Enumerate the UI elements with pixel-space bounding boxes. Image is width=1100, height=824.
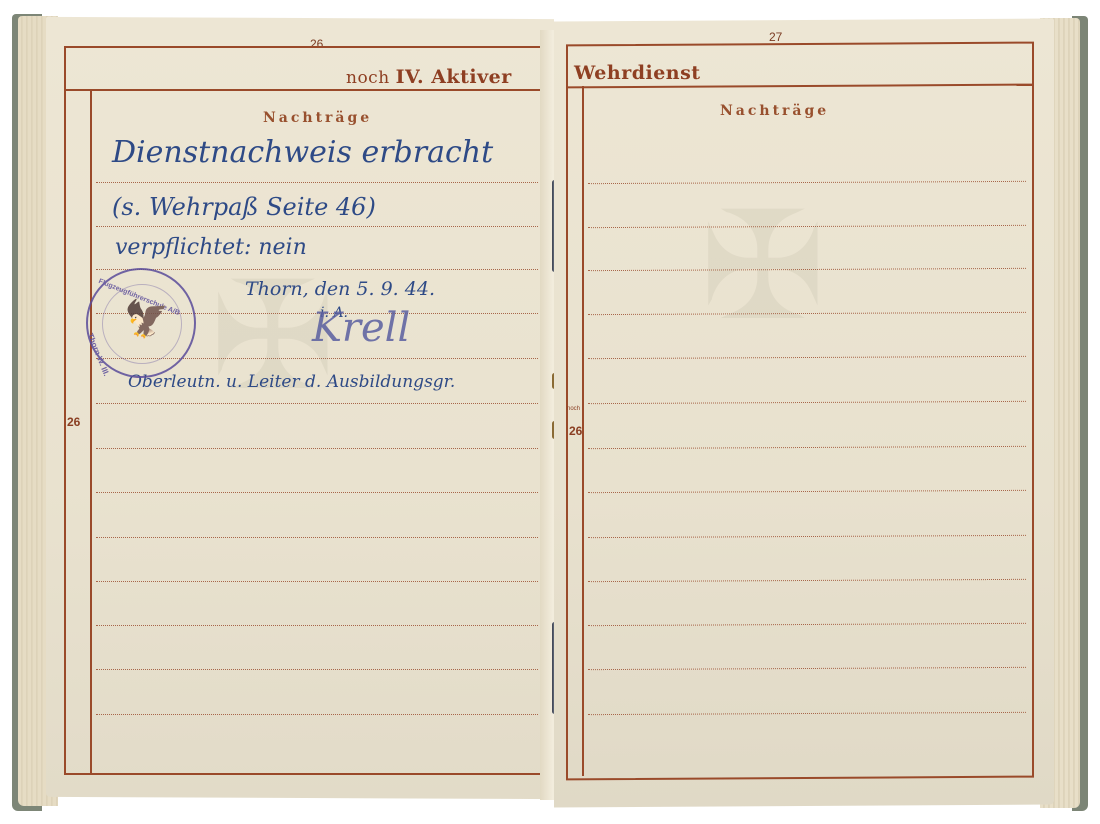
- handwriting-line-2: (s. Wehrpaß Seite 46): [112, 193, 376, 221]
- dotted-line: [96, 269, 538, 270]
- right-page-number: 27: [769, 30, 782, 44]
- signature: Krell: [312, 305, 410, 351]
- dotted-line: [96, 448, 538, 449]
- dotted-line: [96, 537, 538, 538]
- right-page-heading: Wehrdienst: [574, 62, 701, 84]
- left-header-divider: [64, 89, 545, 91]
- handwriting-line-3: verpflichtet: nein: [115, 235, 307, 260]
- dotted-line: [96, 714, 538, 715]
- dotted-line: [96, 226, 538, 227]
- right-margin-number: 26: [569, 424, 582, 438]
- eagle-icon: 🦅: [124, 298, 169, 340]
- official-stamp: Flugzeugführerschule A/B Thorn W. III. 🦅: [86, 268, 196, 378]
- dotted-line: [96, 625, 538, 626]
- right-margin-prefix: noch: [567, 406, 580, 412]
- heading-prefix: noch: [346, 68, 390, 88]
- left-margin-number: 26: [67, 415, 80, 429]
- dotted-line: [96, 182, 538, 183]
- left-margin-rule: [90, 89, 92, 775]
- handwriting-line-1: Dienstnachweis erbracht: [112, 135, 493, 170]
- right-section-label: Nachträge: [720, 103, 829, 119]
- left-section-label: Nachträge: [263, 110, 372, 126]
- dotted-line: [96, 403, 538, 404]
- heading-text: IV. Aktiver: [396, 66, 512, 88]
- handwriting-line-4: Thorn, den 5. 9. 44.: [245, 278, 435, 300]
- dotted-line: [96, 669, 538, 670]
- dotted-line: [96, 581, 538, 582]
- left-page-heading: nochIV. Aktiver: [346, 66, 512, 88]
- dotted-line: [96, 492, 538, 493]
- handwriting-line-6: Oberleutn. u. Leiter d. Ausbildungsgr.: [128, 372, 455, 392]
